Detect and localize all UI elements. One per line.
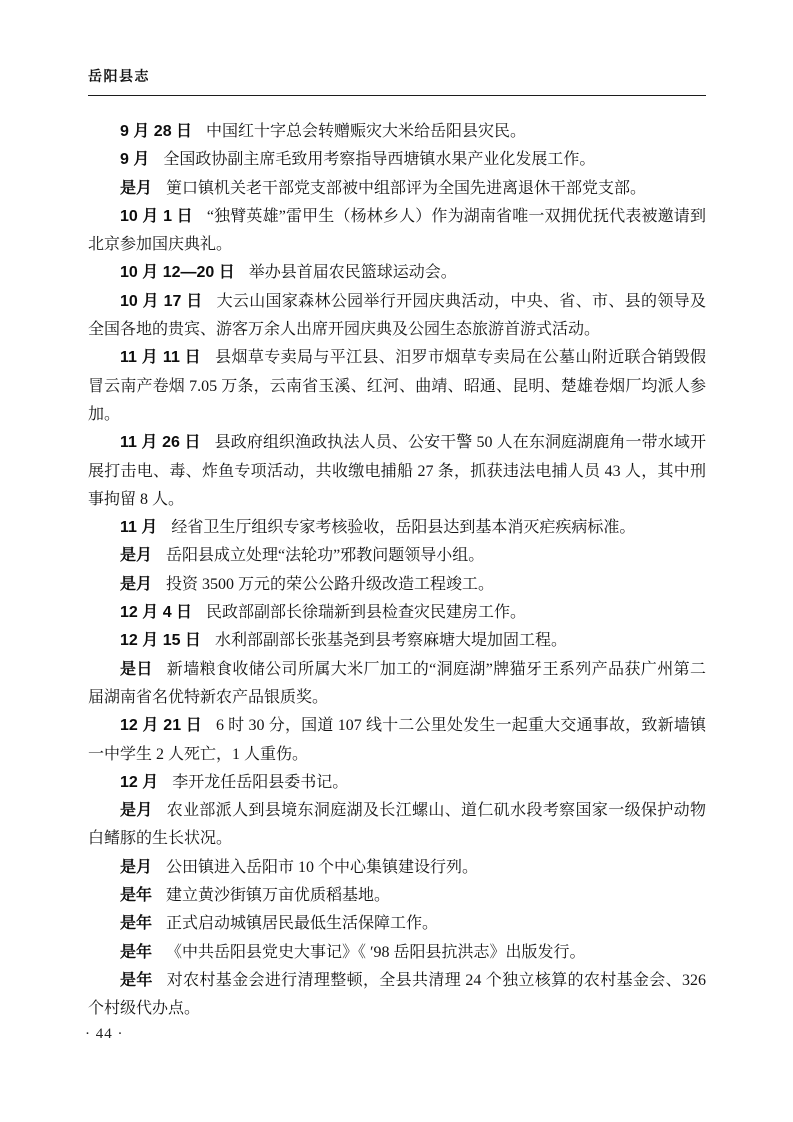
chronicle-entry: 12 月 4 日民政部副部长徐瑞新到县检查灾民建房工作。 (88, 599, 706, 627)
entry-date: 12 月 (120, 774, 158, 791)
entry-text: 建立黄沙街镇万亩优质稻基地。 (166, 887, 390, 904)
entry-text: 民政部副部长徐瑞新到县检查灾民建房工作。 (206, 604, 526, 621)
chronicle-entry: 11 月 26 日县政府组织渔政执法人员、公安干警 50 人在东洞庭湖鹿角一带水… (88, 429, 706, 514)
chronicle-entry: 是年对农村基金会进行清理整顿，全县共清理 24 个独立核算的农村基金会、326 … (88, 967, 706, 1024)
entry-date: 11 月 (120, 519, 157, 536)
chronicle-entry: 11 月经省卫生厅组织专家考核验收，岳阳县达到基本消灭疟疾病标准。 (88, 514, 706, 542)
entry-date: 10 月 1 日 (120, 208, 193, 225)
entry-date: 9 月 28 日 (120, 123, 192, 140)
chronicle-entry: 是月投资 3500 万元的荣公公路升级改造工程竣工。 (88, 571, 706, 599)
entry-date: 9 月 (120, 151, 149, 168)
page-number: · 44 · (85, 1026, 124, 1043)
chronicle-entry: 11 月 11 日县烟草专卖局与平江县、汨罗市烟草专卖局在公墓山附近联合销毁假冒… (88, 344, 706, 429)
entry-text: 对农村基金会进行清理整顿，全县共清理 24 个独立核算的农村基金会、326 个村… (88, 972, 706, 1017)
entry-text: 公田镇进入岳阳市 10 个中心集镇建设行列。 (166, 859, 478, 876)
entry-date: 是年 (120, 887, 152, 904)
entry-date: 是月 (120, 180, 152, 197)
chronicle-entry: 是月公田镇进入岳阳市 10 个中心集镇建设行列。 (88, 854, 706, 882)
entry-date: 11 月 11 日 (120, 349, 201, 366)
entry-text: 投资 3500 万元的荣公公路升级改造工程竣工。 (166, 576, 494, 593)
page-header: 岳阳县志 (88, 66, 706, 96)
header-title: 岳阳县志 (88, 66, 706, 86)
entry-date: 是月 (120, 576, 152, 593)
chronicle-entry: 10 月 12—20 日举办县首届农民篮球运动会。 (88, 259, 706, 287)
chronicle-entry: 9 月全国政协副主席毛致用考察指导西塘镇水果产业化发展工作。 (88, 146, 706, 174)
entry-text: 《中共岳阳县党史大事记》《 ′98 岳阳县抗洪志》出版发行。 (166, 944, 586, 961)
chronicle-entry: 12 月李开龙任岳阳县委书记。 (88, 769, 706, 797)
entry-text: 李开龙任岳阳县委书记。 (172, 774, 348, 791)
entry-text: 正式启动城镇居民最低生活保障工作。 (166, 915, 438, 932)
chronicle-entry: 是月筻口镇机关老干部党支部被中组部评为全国先进离退休干部党支部。 (88, 175, 706, 203)
entry-date: 是月 (120, 859, 152, 876)
chronicle-entry: 是日新墙粮食收储公司所属大米厂加工的“洞庭湖”牌猫牙王系列产品获广州第二届湖南省… (88, 656, 706, 713)
entry-text: 全国政协副主席毛致用考察指导西塘镇水果产业化发展工作。 (163, 151, 595, 168)
chronicle-entry: 是年建立黄沙街镇万亩优质稻基地。 (88, 882, 706, 910)
chronicle-entry: 是月农业部派人到县境东洞庭湖及长江螺山、道仁矶水段考察国家一级保护动物白鳍豚的生… (88, 797, 706, 854)
entry-text: 中国红十字总会转赠赈灾大米给岳阳县灾民。 (206, 123, 526, 140)
entry-date: 是年 (120, 944, 152, 961)
chronicle-entry: 9 月 28 日中国红十字总会转赠赈灾大米给岳阳县灾民。 (88, 118, 706, 146)
chronicle-entry: 10 月 17 日大云山国家森林公园举行开园庆典活动，中央、省、市、县的领导及全… (88, 288, 706, 345)
entry-text: 筻口镇机关老干部党支部被中组部评为全国先进离退休干部党支部。 (166, 180, 646, 197)
entry-date: 是日 (120, 661, 153, 678)
chronicle-entry: 是年正式启动城镇居民最低生活保障工作。 (88, 910, 706, 938)
entry-date: 是年 (120, 915, 152, 932)
entry-text: 水利部副部长张基尧到县考察麻塘大堤加固工程。 (215, 632, 567, 649)
entry-text: 举办县首届农民篮球运动会。 (249, 264, 457, 281)
entry-text: 经省卫生厅组织专家考核验收，岳阳县达到基本消灭疟疾病标准。 (171, 519, 635, 536)
entry-date: 10 月 17 日 (120, 293, 203, 310)
entry-date: 12 月 4 日 (120, 604, 192, 621)
entry-date: 是月 (120, 547, 152, 564)
chronicle-entry: 12 月 15 日水利部副部长张基尧到县考察麻塘大堤加固工程。 (88, 627, 706, 655)
entry-list: 9 月 28 日中国红十字总会转赠赈灾大米给岳阳县灾民。 9 月全国政协副主席毛… (88, 118, 706, 1024)
entry-text: 新墙粮食收储公司所属大米厂加工的“洞庭湖”牌猫牙王系列产品获广州第二届湖南省名优… (88, 661, 706, 706)
chronicle-entry: 是月岳阳县成立处理“法轮功”邪教问题领导小组。 (88, 542, 706, 570)
chronicle-entry: 10 月 1 日“独臂英雄”雷甲生（杨林乡人）作为湖南省唯一双拥优抚代表被邀请到… (88, 203, 706, 260)
entry-text: 岳阳县成立处理“法轮功”邪教问题领导小组。 (166, 547, 484, 564)
entry-date: 11 月 26 日 (120, 434, 201, 451)
entry-date: 是年 (120, 972, 153, 989)
entry-date: 12 月 15 日 (120, 632, 201, 649)
entry-text: 农业部派人到县境东洞庭湖及长江螺山、道仁矶水段考察国家一级保护动物白鳍豚的生长状… (88, 802, 706, 847)
chronicle-entry: 是年《中共岳阳县党史大事记》《 ′98 岳阳县抗洪志》出版发行。 (88, 939, 706, 967)
chronicle-entry: 12 月 21 日6 时 30 分，国道 107 线十二公里处发生一起重大交通事… (88, 712, 706, 769)
entry-date: 12 月 21 日 (120, 717, 202, 734)
document-page: 岳阳县志 9 月 28 日中国红十字总会转赠赈灾大米给岳阳县灾民。 9 月全国政… (0, 0, 793, 1122)
header-rule (88, 95, 706, 96)
entry-date: 10 月 12—20 日 (120, 264, 235, 281)
entry-date: 是月 (120, 802, 153, 819)
